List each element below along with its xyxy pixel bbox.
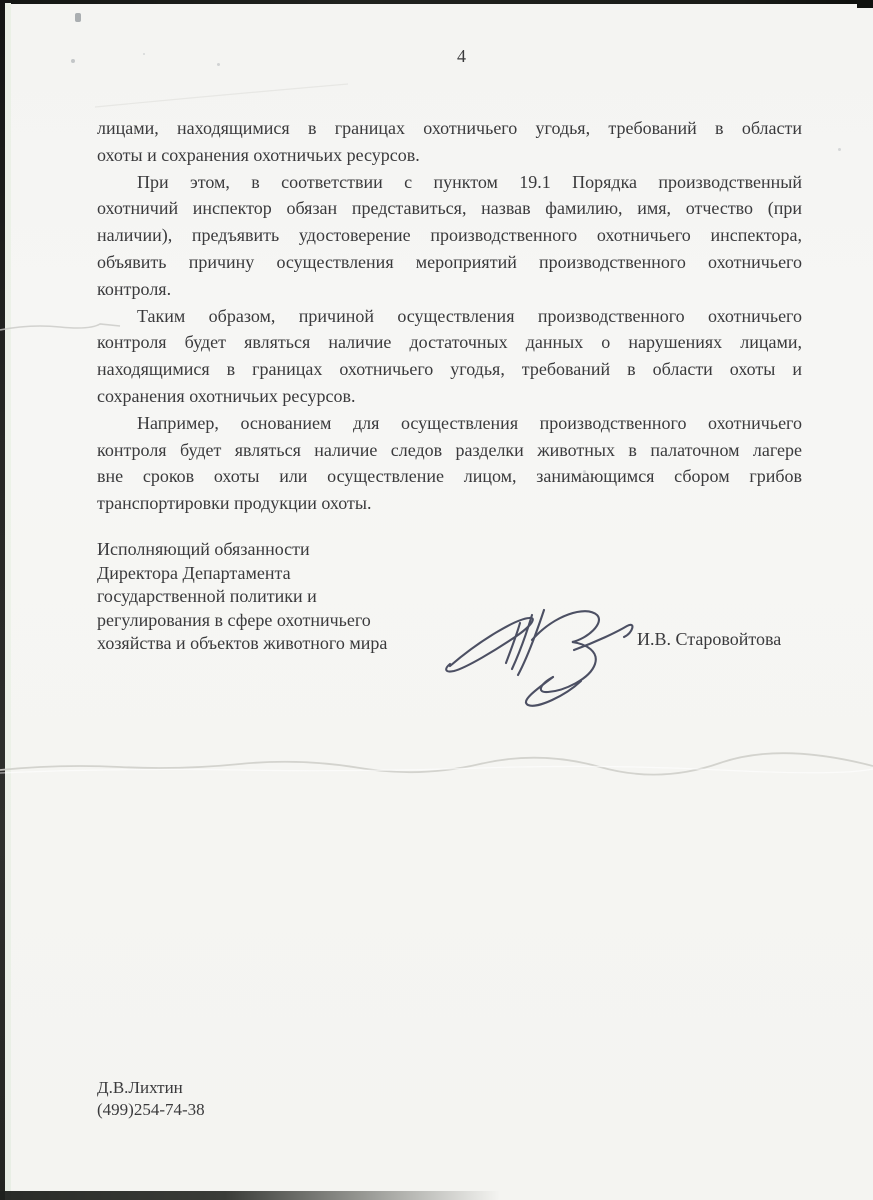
text-line: контроля будет являться наличие достаточ… [97,329,802,356]
text-line: наличии), предъявить удостоверение произ… [97,222,802,249]
text-line: сохранения охотничьих ресурсов. [97,383,802,410]
text-line: лицами, находящимися в границах охотничь… [97,115,802,142]
paper-speck [217,63,220,66]
text-line: охотничий инспектор обязан представиться… [97,195,802,222]
page-number: 4 [457,46,467,67]
text-line: Например, основанием для осуществления п… [97,410,802,437]
signer-title-line: Директора Департамента [97,562,457,586]
paper-speck [75,13,81,22]
signer-title-line: Исполняющий обязанности [97,538,457,562]
scan-edge-top-right [857,0,873,8]
text-line: вне сроков охоты или осуществление лицом… [97,463,802,490]
text-line: Таким образом, причиной осуществления пр… [97,303,802,330]
scan-edge-top [0,0,873,4]
text-line: охоты и сохранения охотничьих ресурсов. [97,142,802,169]
text-line: контроля. [97,276,802,303]
text-line: При этом, в соответствии с пунктом 19.1 … [97,169,802,196]
paper-speck [838,148,841,151]
text-line: объявить причину осуществления мероприят… [97,249,802,276]
paper-speck [71,59,75,63]
signer-title: Исполняющий обязанностиДиректора Департа… [97,538,457,656]
text-line: находящимися в границах охотничьего угод… [97,356,802,383]
scan-edge-left-highlight [5,3,11,1200]
signer-name: И.В. Старовойтова [637,629,781,650]
signer-title-line: регулирования в сфере охотничьего [97,609,457,633]
signer-title-line: государственной политики и [97,585,457,609]
contact-phone: (499)254-74-38 [97,1099,205,1121]
handwritten-signature-icon [436,594,651,716]
contact-name: Д.В.Лихтин [97,1077,205,1099]
signer-title-line: хозяйства и объектов животного мира [97,632,457,656]
text-line: контроля будет являться наличие следов р… [97,437,802,464]
footer-contact: Д.В.Лихтин (499)254-74-38 [97,1077,205,1121]
text-line: транспортировки продукции охоты. [97,490,802,517]
scanned-document-page: 4 лицами, находящимися в границах охотни… [0,0,873,1200]
document-body: лицами, находящимися в границах охотничь… [97,115,802,517]
scan-edge-bottom [0,1191,500,1200]
paper-speck [143,53,145,55]
